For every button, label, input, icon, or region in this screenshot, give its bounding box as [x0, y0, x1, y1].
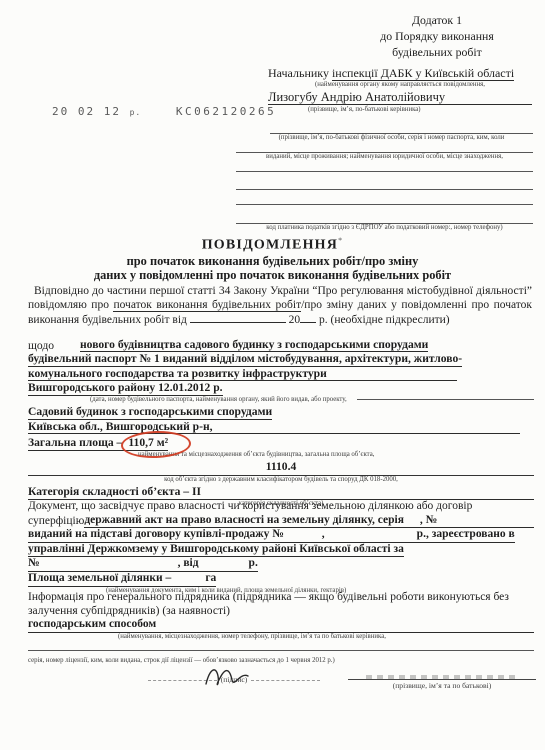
name-caption: (прізвище, ім’я та по батькові): [348, 682, 536, 691]
intro-year-prefix: 20: [289, 314, 301, 326]
subject-line-1: нового будівництва садового будинку з го…: [80, 338, 428, 352]
object-area-value-wrap: 110,7 м²: [128, 436, 168, 451]
land-p2-bold: державний акт на право власності на земе…: [84, 514, 404, 529]
stamp-code: КС062120265: [176, 105, 276, 118]
contractor-caption-2: серія, номер ліцензії, ким, коли видана,…: [28, 657, 534, 666]
appendix-line: Додаток 1: [347, 12, 527, 28]
handwritten-signature: [200, 662, 260, 690]
title-sub-line-1: про початок виконання будівельних робіт/…: [0, 254, 545, 269]
blank-line: [28, 650, 534, 651]
applicant-caption-3: код платника податків згідно з ЄДРПОУ аб…: [236, 224, 533, 233]
subject-line-4: Вишгородського району 12.01.2012 р.: [28, 381, 223, 395]
dashed-line: [251, 680, 320, 681]
addressee-head-value: Лизогубу Андрію Анатолійовичу: [268, 90, 445, 105]
land-document-block: Документ, що засвідчує право власності ч…: [28, 500, 534, 595]
title-main-line: ПОВІДОМЛЕННЯ*: [0, 233, 545, 254]
object-caption-1: найменування та місцезнаходження об’єкта…: [138, 451, 534, 460]
blank-line: [236, 189, 533, 190]
blank-line: [445, 90, 532, 105]
scanned-notification-form: Додаток 1 до Порядку виконання будівельн…: [0, 0, 545, 750]
applicant-caption-1: (прізвище, ім’я, по-батькові фізичної ос…: [250, 134, 533, 143]
title-footnote-mark: *: [338, 236, 343, 245]
registration-no-blank: [40, 561, 178, 572]
name-signature-area: (прізвище, ім’я та по батькові): [348, 675, 536, 691]
registration-stamp: 20 02 12 р. КС062120265: [52, 105, 276, 118]
appendix-line: до Порядку виконання: [347, 28, 527, 44]
title-sub-line-2: даних у повідомленні про початок виконан…: [0, 268, 545, 283]
contract-no-blank: [284, 532, 322, 543]
stamp-date: 20 02 12: [52, 105, 121, 118]
registration-date-blank: [199, 561, 249, 572]
addressee-org-value: інспекції ДАБК у Київській області: [332, 66, 514, 81]
contractor-method: господарським способом: [28, 618, 156, 633]
appendix-note: Додаток 1 до Порядку виконання будівельн…: [347, 12, 527, 60]
object-code-row: 1110.4: [28, 460, 534, 476]
land-p1: Документ, що засвідчує право власності ч…: [28, 500, 534, 514]
object-name: Садовий будинок з господарськими споруда…: [28, 405, 272, 420]
addressee-org-line: Начальнику інспекції ДАБК у Київській об…: [268, 66, 532, 80]
land-p3-bold-2: р., зареєстровано в: [417, 528, 515, 543]
land-p5-r: р.: [249, 557, 258, 572]
addressee-org-caption: (найменування органу якому направляється…: [268, 81, 532, 90]
signature-area: (підпис): [148, 676, 320, 685]
object-block: Садовий будинок з господарськими споруда…: [28, 405, 534, 508]
land-p5-no: №: [28, 557, 40, 572]
intro-text-3: р. (необхідне підкреслити): [319, 314, 450, 326]
subject-line-2: будівельний паспорт № 1 виданий відділом…: [28, 352, 462, 366]
appendix-line: будівельних робіт: [347, 44, 527, 60]
addressee-head-caption: (прізвище, ім’я, по-батькові керівника): [308, 106, 532, 115]
addressee-block: Начальнику інспекції ДАБК у Київській об…: [268, 66, 532, 114]
applicant-caption-2: виданий, місце проживання; найменування …: [236, 153, 533, 162]
blank-line: [236, 171, 533, 172]
addressee-head-line: Лизогубу Андрію Анатолійовичу: [268, 90, 532, 105]
land-area-blank: [171, 576, 205, 587]
subject-block: щодо нового будівництва садового будинку…: [28, 338, 534, 404]
series-blank: [404, 517, 420, 528]
contract-date-blank: [325, 532, 417, 543]
land-p2-no: , №: [420, 514, 437, 529]
land-p4: управлінні Держкомзему у Вишгородському …: [28, 543, 404, 558]
contractor-block: Інформація про генерального підрядника (…: [28, 591, 534, 666]
addressee-prefix: Начальнику: [268, 66, 329, 80]
object-location: Київська обл., Вишгородський р-н,: [28, 420, 213, 435]
subject-caption: (дата, номер будівельного паспорта, найм…: [90, 396, 347, 405]
land-area-unit: га: [205, 572, 216, 587]
land-area-label: Площа земельної ділянки –: [28, 572, 171, 587]
object-category: Категорія складності об’єкта – ІІ: [28, 485, 201, 500]
year-blank: [300, 313, 316, 323]
contractor-caption-1: (найменування, місцезнаходження, номер т…: [118, 633, 534, 642]
land-p5-vid: , від: [178, 557, 199, 572]
subject-label: щодо: [28, 339, 80, 352]
document-title: ПОВІДОМЛЕННЯ* про початок виконання буді…: [0, 233, 545, 283]
object-area-label: Загальна площа –: [28, 436, 122, 451]
land-p3-bold-1: виданий на підставі договору купівлі-про…: [28, 528, 284, 543]
object-code: 1110.4: [266, 460, 297, 473]
intro-paragraph: Відповідно до частини першої статті 34 З…: [28, 284, 532, 327]
contractor-paragraph: Інформація про генерального підрядника (…: [28, 591, 534, 618]
date-blank: [190, 313, 286, 323]
applicant-fields: (прізвище, ім’я, по-батькові фізичної ос…: [236, 130, 533, 233]
rule-line: [357, 399, 534, 400]
blank-line: [327, 380, 457, 381]
title-text: ПОВІДОМЛЕННЯ: [202, 238, 338, 253]
blank-line: [236, 204, 533, 205]
land-p2-prefix: суперфіцію: [28, 515, 84, 529]
object-caption-2: код об’єкта згідно з державним класифіка…: [28, 476, 534, 485]
name-line: [348, 679, 536, 680]
stamp-date-suffix: р.: [130, 108, 142, 117]
subject-line-3: комунального господарства та розвитку ін…: [28, 367, 327, 381]
intro-underlined-phrase: початок виконання будівельних робіт: [113, 299, 301, 312]
blank-line: [213, 433, 520, 434]
